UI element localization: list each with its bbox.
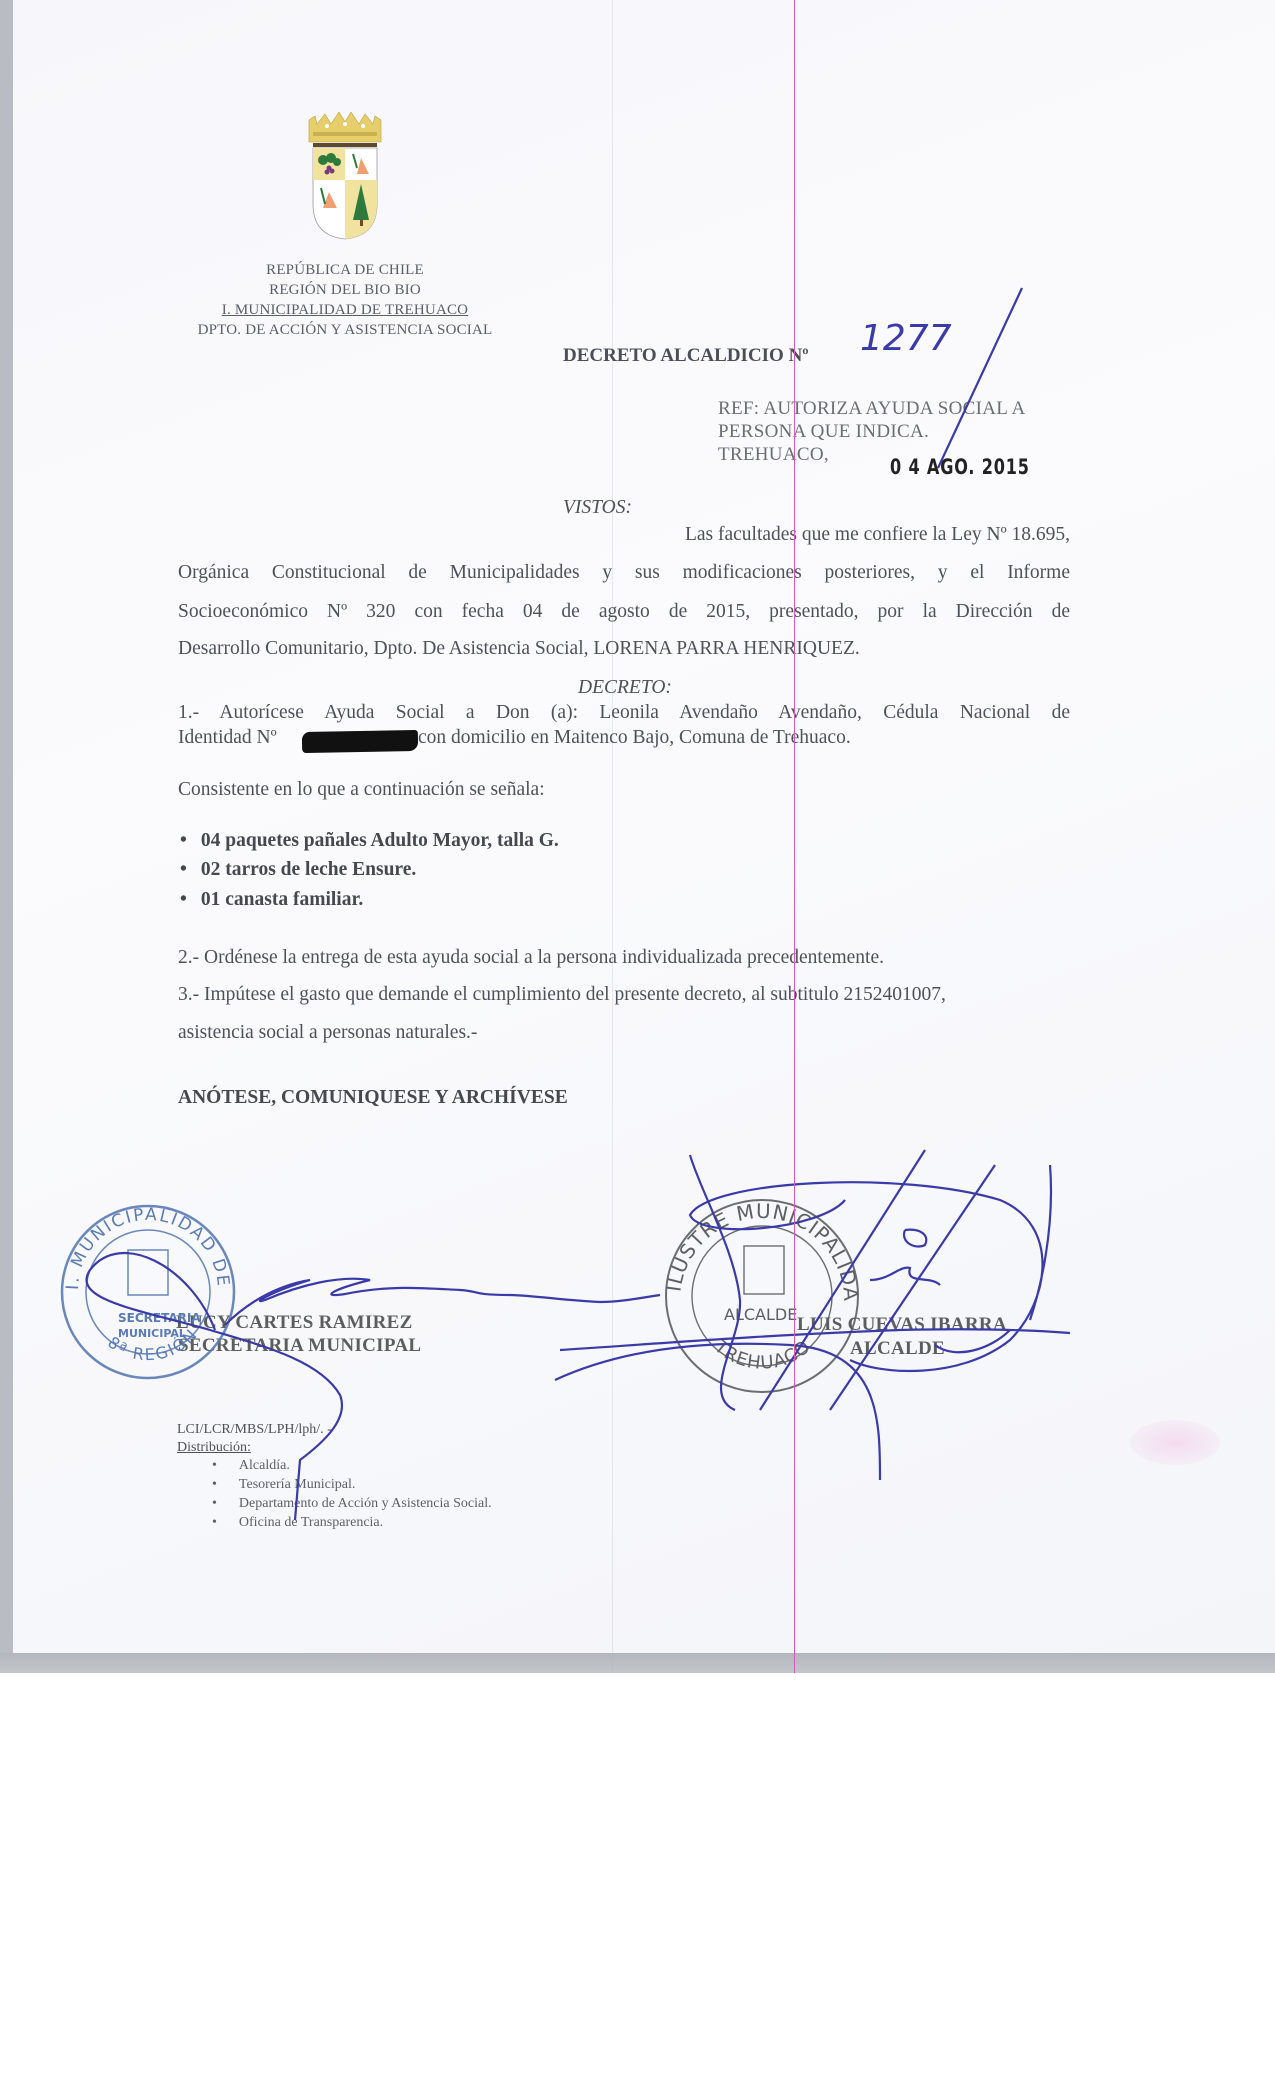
bullet-icon: •	[212, 1515, 217, 1530]
header-department: DPTO. DE ACCIÓN Y ASISTENCIA SOCIAL	[170, 322, 520, 339]
document-page	[13, 0, 1275, 1653]
decreto-heading: DECRETO:	[578, 677, 672, 699]
pink-smudge	[1130, 1420, 1220, 1465]
decreto-item-3-line-1: 3.- Impútese el gasto que demande el cum…	[178, 984, 946, 1006]
list-item: • 04 paquetes pañales Adulto Mayor, tall…	[180, 830, 559, 852]
ref-line-2: PERSONA QUE INDICA.	[718, 421, 929, 443]
secretary-role: SECRETARIA MUNICIPAL	[178, 1335, 421, 1357]
distribution-item: •Tesorería Municipal.	[212, 1477, 355, 1493]
decreto-item-3-line-2: asistencia social a personas naturales.-	[178, 1022, 477, 1044]
list-item-text: 01 canasta familiar.	[201, 889, 363, 910]
redacted-id-number	[302, 730, 418, 753]
scanner-edge-left	[0, 0, 13, 1673]
bullet-icon: •	[180, 859, 196, 881]
bullet-icon: •	[212, 1496, 217, 1511]
ref-place: TREHUACO,	[718, 444, 829, 466]
list-item: • 01 canasta familiar.	[180, 889, 363, 911]
header-republic: REPÚBLICA DE CHILE	[170, 262, 520, 279]
date-stamp: 0 4 AGO. 2015	[890, 455, 1030, 479]
mayor-name: LUIS CUEVAS IBARRA	[797, 1314, 1007, 1336]
header-region: REGIÓN DEL BIO BIO	[170, 282, 520, 299]
list-item-text: 04 paquetes pañales Adulto Mayor, talla …	[201, 830, 559, 851]
vistos-heading: VISTOS:	[563, 497, 632, 519]
secretary-name: LUCY CARTES RAMIREZ	[176, 1312, 413, 1334]
vistos-line-1: Las facultades que me confiere la Ley Nº…	[685, 524, 1070, 546]
distribution-item-text: Alcaldía.	[239, 1458, 290, 1473]
decreto-item-1-address: con domicilio en Maitenco Bajo, Comuna d…	[418, 727, 851, 749]
bullet-icon: •	[180, 830, 196, 852]
decree-title: DECRETO ALCALDICIO Nº	[563, 345, 809, 367]
decreto-item-2: 2.- Ordénese la entrega de esta ayuda so…	[178, 947, 884, 969]
distribution-item-text: Departamento de Acción y Asistencia Soci…	[239, 1496, 492, 1511]
distribution-item-text: Oficina de Transparencia.	[239, 1515, 383, 1530]
closing-statement: ANÓTESE, COMUNIQUESE Y ARCHÍVESE	[178, 1087, 568, 1109]
decree-number-handwritten: 1277	[860, 318, 952, 359]
list-item-text: 02 tarros de leche Ensure.	[201, 859, 416, 880]
vistos-line-4: Desarrollo Comunitario, Dpto. De Asisten…	[178, 638, 860, 660]
distribution-item-text: Tesorería Municipal.	[239, 1477, 355, 1492]
vistos-line-2: Orgánica Constitucional de Municipalidad…	[178, 562, 1070, 584]
header-municipality: I. MUNICIPALIDAD DE TREHUACO	[170, 302, 520, 319]
header-municipality-text: I. MUNICIPALIDAD DE TREHUACO	[222, 302, 468, 318]
decreto-item-1-line-1: 1.- Autorícese Ayuda Social a Don (a): L…	[178, 702, 1070, 724]
fold-line	[612, 0, 613, 1673]
bullet-icon: •	[212, 1477, 217, 1492]
municipal-coat-of-arms-icon	[303, 112, 387, 240]
distribution-item: •Alcaldía.	[212, 1458, 290, 1474]
scanner-edge-bottom	[0, 1653, 1275, 1673]
bullet-icon: •	[212, 1458, 217, 1473]
mayor-role: ALCALDE	[850, 1338, 945, 1360]
initials-reference: LCI/LCR/MBS/LPH/lph/. -	[177, 1422, 332, 1438]
distribution-label: Distribución:	[177, 1440, 251, 1456]
bullet-icon: •	[180, 889, 196, 911]
ref-line-1: REF: AUTORIZA AYUDA SOCIAL A	[718, 398, 1026, 420]
decreto-item-1-id-label: Identidad Nº	[178, 727, 277, 749]
margin-line	[794, 0, 795, 1673]
consistente-text: Consistente en lo que a continuación se …	[178, 779, 545, 801]
distribution-item: •Oficina de Transparencia.	[212, 1515, 383, 1531]
list-item: • 02 tarros de leche Ensure.	[180, 859, 416, 881]
distribution-item: •Departamento de Acción y Asistencia Soc…	[212, 1496, 492, 1512]
vistos-line-3: Socioeconómico Nº 320 con fecha 04 de ag…	[178, 601, 1070, 623]
